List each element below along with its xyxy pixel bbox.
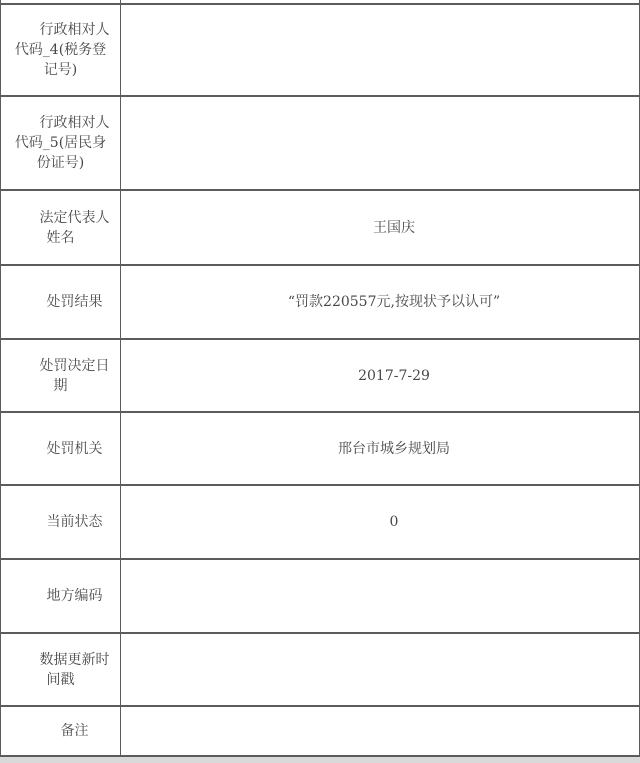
table-row: 处罚决定日期 2017-7-29 (1, 339, 640, 412)
row-value: 邢台市城乡规划局 (121, 412, 640, 485)
penalty-record-body: 行政相对人代码_4(税务登记号) 行政相对人代码_5(居民身份证号) 法定代表人… (1, 0, 640, 756)
row-value (121, 633, 640, 706)
row-label: 处罚机关 (1, 412, 121, 485)
row-label: 行政相对人代码_4(税务登记号) (1, 4, 121, 96)
row-value (121, 96, 640, 190)
table-row: 当前状态 0 (1, 485, 640, 559)
row-label: 行政相对人代码_5(居民身份证号) (1, 96, 121, 190)
table-row: 法定代表人姓名 王国庆 (1, 190, 640, 265)
table-row: 处罚结果 “罚款220557元,按现状予以认可” (1, 265, 640, 339)
penalty-record-table: 行政相对人代码_4(税务登记号) 行政相对人代码_5(居民身份证号) 法定代表人… (0, 0, 640, 757)
row-label: 法定代表人姓名 (1, 190, 121, 265)
row-value (121, 559, 640, 633)
table-row: 备注 (1, 706, 640, 756)
row-value: 0 (121, 485, 640, 559)
row-label: 当前状态 (1, 485, 121, 559)
table-row: 处罚机关 邢台市城乡规划局 (1, 412, 640, 485)
bottom-shadow-strip (0, 757, 640, 763)
row-label: 备注 (1, 706, 121, 756)
row-value: 王国庆 (121, 190, 640, 265)
row-value: 2017-7-29 (121, 339, 640, 412)
table-row: 行政相对人代码_4(税务登记号) (1, 4, 640, 96)
table-row: 数据更新时间戳 (1, 633, 640, 706)
row-value: “罚款220557元,按现状予以认可” (121, 265, 640, 339)
row-label: 地方编码 (1, 559, 121, 633)
table-row: 地方编码 (1, 559, 640, 633)
row-label: 处罚决定日期 (1, 339, 121, 412)
table-row: 行政相对人代码_5(居民身份证号) (1, 96, 640, 190)
row-label: 数据更新时间戳 (1, 633, 121, 706)
row-label: 处罚结果 (1, 265, 121, 339)
row-value (121, 4, 640, 96)
row-value (121, 706, 640, 756)
